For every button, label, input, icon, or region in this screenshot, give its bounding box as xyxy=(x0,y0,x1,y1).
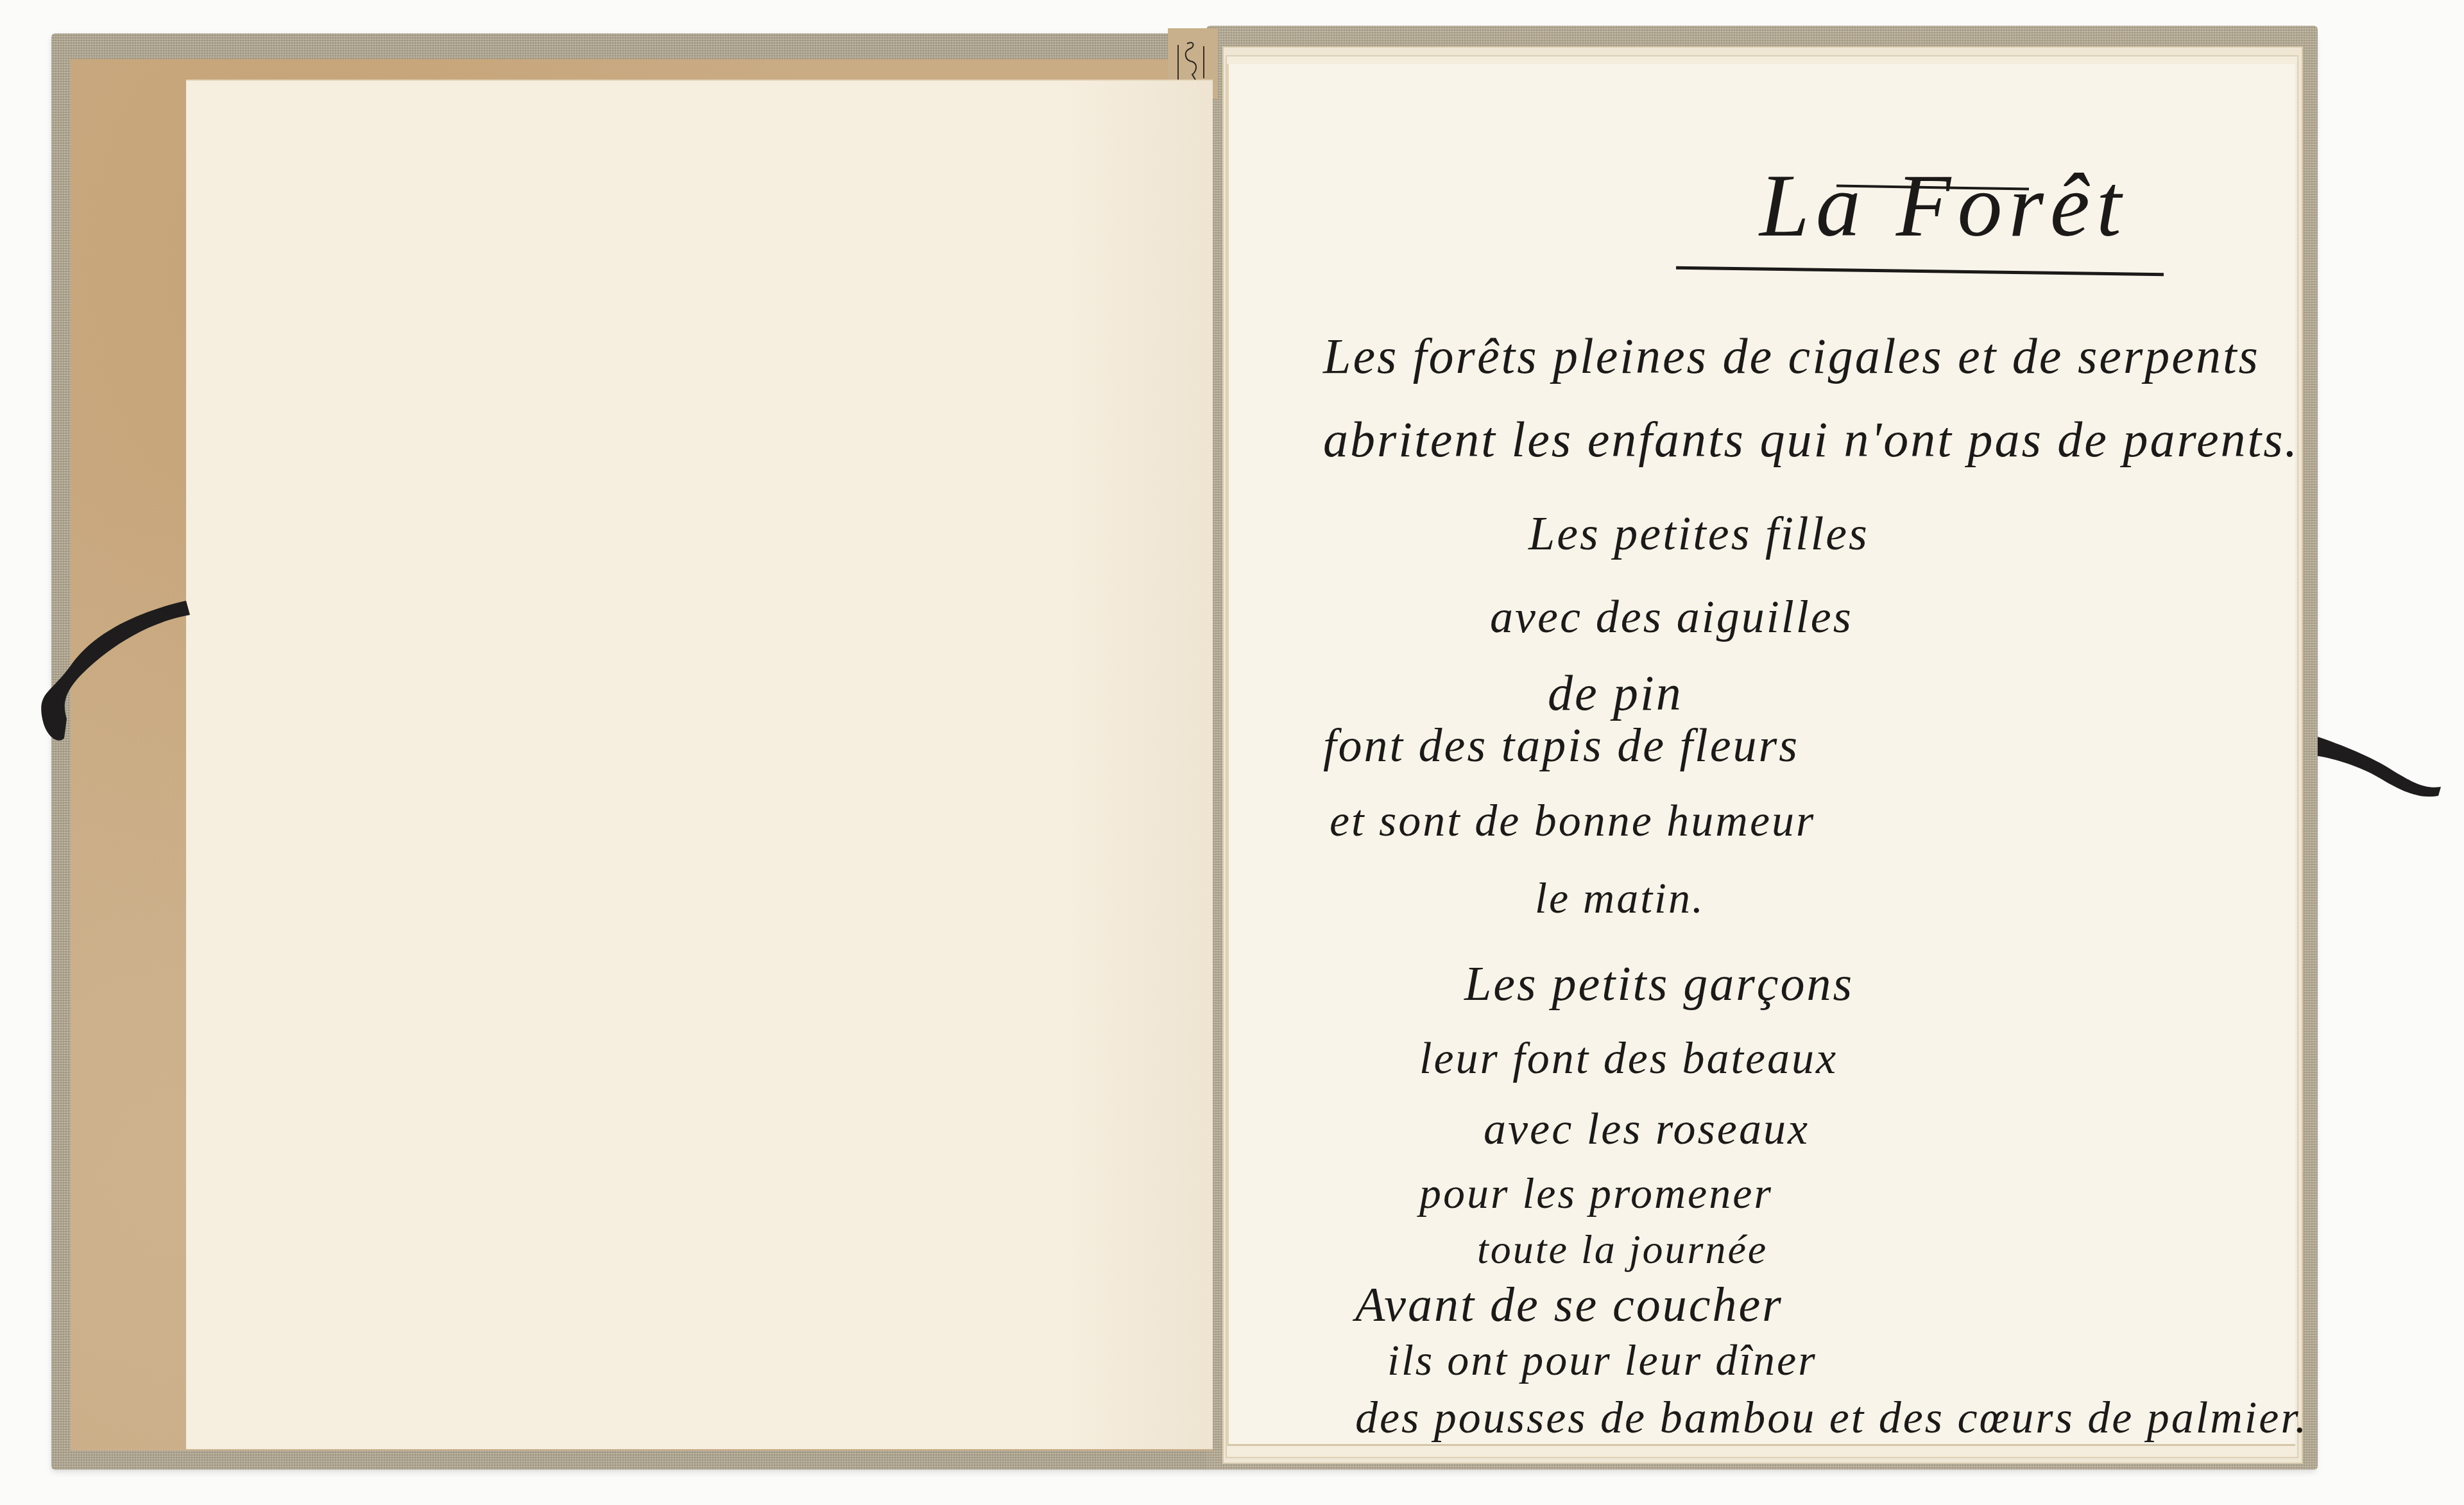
poem-line: de pin xyxy=(1548,664,1683,722)
left-blank-page xyxy=(186,80,1213,1449)
poem-line: avec des aiguilles xyxy=(1490,590,1853,644)
poem-line: Les petits garçons xyxy=(1464,956,1854,1012)
poem-line: pour les promener xyxy=(1419,1168,1773,1219)
poem-line: Avant de se coucher xyxy=(1355,1277,1783,1333)
right-ribbon-tie-icon xyxy=(2315,725,2443,802)
poem: La Forêt Les forêts pleines de cigales e… xyxy=(1227,64,2293,1444)
poem-line: font des tapis de fleurs xyxy=(1323,719,1799,773)
poem-line: des pousses de bambou et des cœurs de pa… xyxy=(1355,1393,2308,1444)
title-block: La Forêt xyxy=(1676,103,2164,308)
poem-line: Les petites filles xyxy=(1528,507,1869,562)
poem-line: avec les roseaux xyxy=(1484,1104,1810,1155)
poem-line: le matin. xyxy=(1535,873,1705,924)
poem-line: et sont de bonne humeur xyxy=(1330,796,1815,847)
left-ribbon-tie-icon xyxy=(18,590,198,757)
poem-line: ils ont pour leur dîner xyxy=(1387,1335,1817,1386)
poem-line: abritent les enfants qui n'ont pas de pa… xyxy=(1323,411,2299,469)
title-rule-bottom xyxy=(1676,266,2164,277)
spine-thread-icon xyxy=(1173,39,1211,83)
poem-line: leur font des bateaux xyxy=(1419,1033,1838,1085)
poem-line: toute la journée xyxy=(1477,1226,1768,1273)
poem-title: La Forêt xyxy=(1759,154,2128,257)
poem-line: Les forêts pleines de cigales et de serp… xyxy=(1323,327,2260,385)
